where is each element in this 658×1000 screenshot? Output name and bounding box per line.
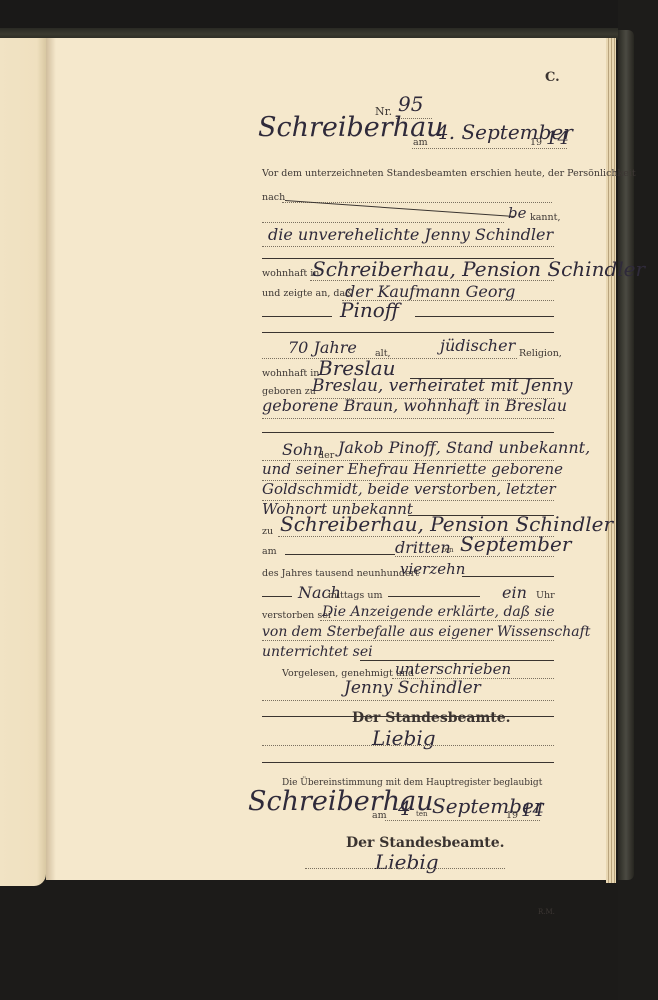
- deceased-wohnhaft-label: wohnhaft in: [262, 368, 319, 379]
- book-spine: [618, 30, 634, 880]
- deceased-line2: Pinoff: [340, 298, 399, 322]
- declarant-line: [262, 246, 554, 247]
- remark-dots2: [262, 640, 554, 641]
- am-rule: [285, 554, 395, 555]
- rule-2b: [415, 316, 554, 317]
- cert-ten-label: ten: [416, 810, 427, 818]
- zeigte-label: und zeigte an, daß: [262, 288, 351, 299]
- known-suffix: be: [508, 204, 526, 222]
- wohnhaft-label: wohnhaft in: [262, 268, 319, 279]
- year-text-label: des Jahres tausend neunhundert: [262, 568, 419, 579]
- remark-line1: Die Anzeigende erklärte, daß sie: [322, 604, 555, 620]
- vorgelesen-value: unterschrieben: [395, 660, 511, 678]
- year-rule: [462, 576, 554, 577]
- spouse-line: geborene Braun, wohnhaft in Breslau: [262, 396, 567, 415]
- kannt-line: [262, 222, 504, 223]
- rule-4: [262, 432, 554, 433]
- rule-2a: [262, 316, 332, 317]
- registrar-title: Der Standesbeamte.: [352, 710, 511, 726]
- am-label: am: [413, 137, 428, 148]
- religion-label: Religion,: [519, 348, 562, 359]
- zu-label: zu: [262, 526, 273, 537]
- death-month: September: [460, 532, 571, 556]
- kannt-label: kannt,: [530, 212, 561, 223]
- cert-year-suffix: 14: [521, 800, 544, 821]
- page-stack-edge: [606, 38, 616, 883]
- registrar-signature: Liebig: [372, 726, 436, 750]
- declarant: die unverehelichte Jenny Schindler: [268, 225, 553, 244]
- rule-3: [262, 332, 554, 333]
- residence-line: [310, 280, 554, 281]
- declarant-signature: Jenny Schindler: [344, 678, 481, 698]
- am-label-2: am: [262, 546, 277, 557]
- birth-line: Breslau, verheiratet mit Jenny: [312, 376, 573, 396]
- registrar-dots: [262, 745, 554, 746]
- signature-dots: [262, 700, 554, 701]
- date-line: [412, 148, 567, 149]
- time-rule-b: [388, 596, 480, 597]
- cert-date-dots: [385, 820, 540, 821]
- intro-text: Vor dem unterzeichneten Standesbeamten e…: [262, 168, 636, 179]
- remark-line3: unterrichtet sei: [262, 644, 373, 660]
- footer-mark: R.M.: [538, 908, 555, 916]
- parents-line1: Jakob Pinoff, Stand unbekannt,: [338, 438, 590, 457]
- parents-line3: Goldschmidt, beide verstorben, letzter: [262, 480, 556, 498]
- year-suffix: 14: [546, 128, 569, 149]
- parents-line2: und seiner Ehefrau Henriette geborene: [262, 460, 563, 478]
- page-letter: C.: [545, 70, 560, 85]
- time-hour: ein: [502, 583, 527, 602]
- uhr-label: Uhr: [536, 590, 555, 601]
- death-date-dots: [395, 556, 554, 557]
- religion: jüdischer: [440, 336, 515, 355]
- cert-registrar-title: Der Standesbeamte.: [346, 835, 505, 851]
- remark-line2: von dem Sterbefalle aus eigener Wissensc…: [262, 624, 590, 640]
- year-text: vierzehn: [400, 560, 465, 578]
- rule-6: [262, 762, 554, 763]
- declarant-residence: Schreiberhau, Pension Schindler: [312, 257, 645, 281]
- age: 70 Jahre: [288, 338, 357, 357]
- mittags-label: mittags um: [328, 590, 382, 601]
- year-prefix: 19: [530, 137, 542, 148]
- spouse-dots: [262, 418, 554, 419]
- cert-day: 4: [398, 796, 411, 820]
- ten-label: ten: [442, 546, 453, 554]
- left-page-edge: [0, 38, 46, 886]
- cert-registrar-signature: Liebig: [375, 850, 439, 874]
- cert-registrar-dots: [305, 868, 505, 869]
- time-rule-a: [262, 596, 292, 597]
- page-gutter-shadow: [46, 38, 56, 880]
- remark-dots1: [320, 620, 554, 621]
